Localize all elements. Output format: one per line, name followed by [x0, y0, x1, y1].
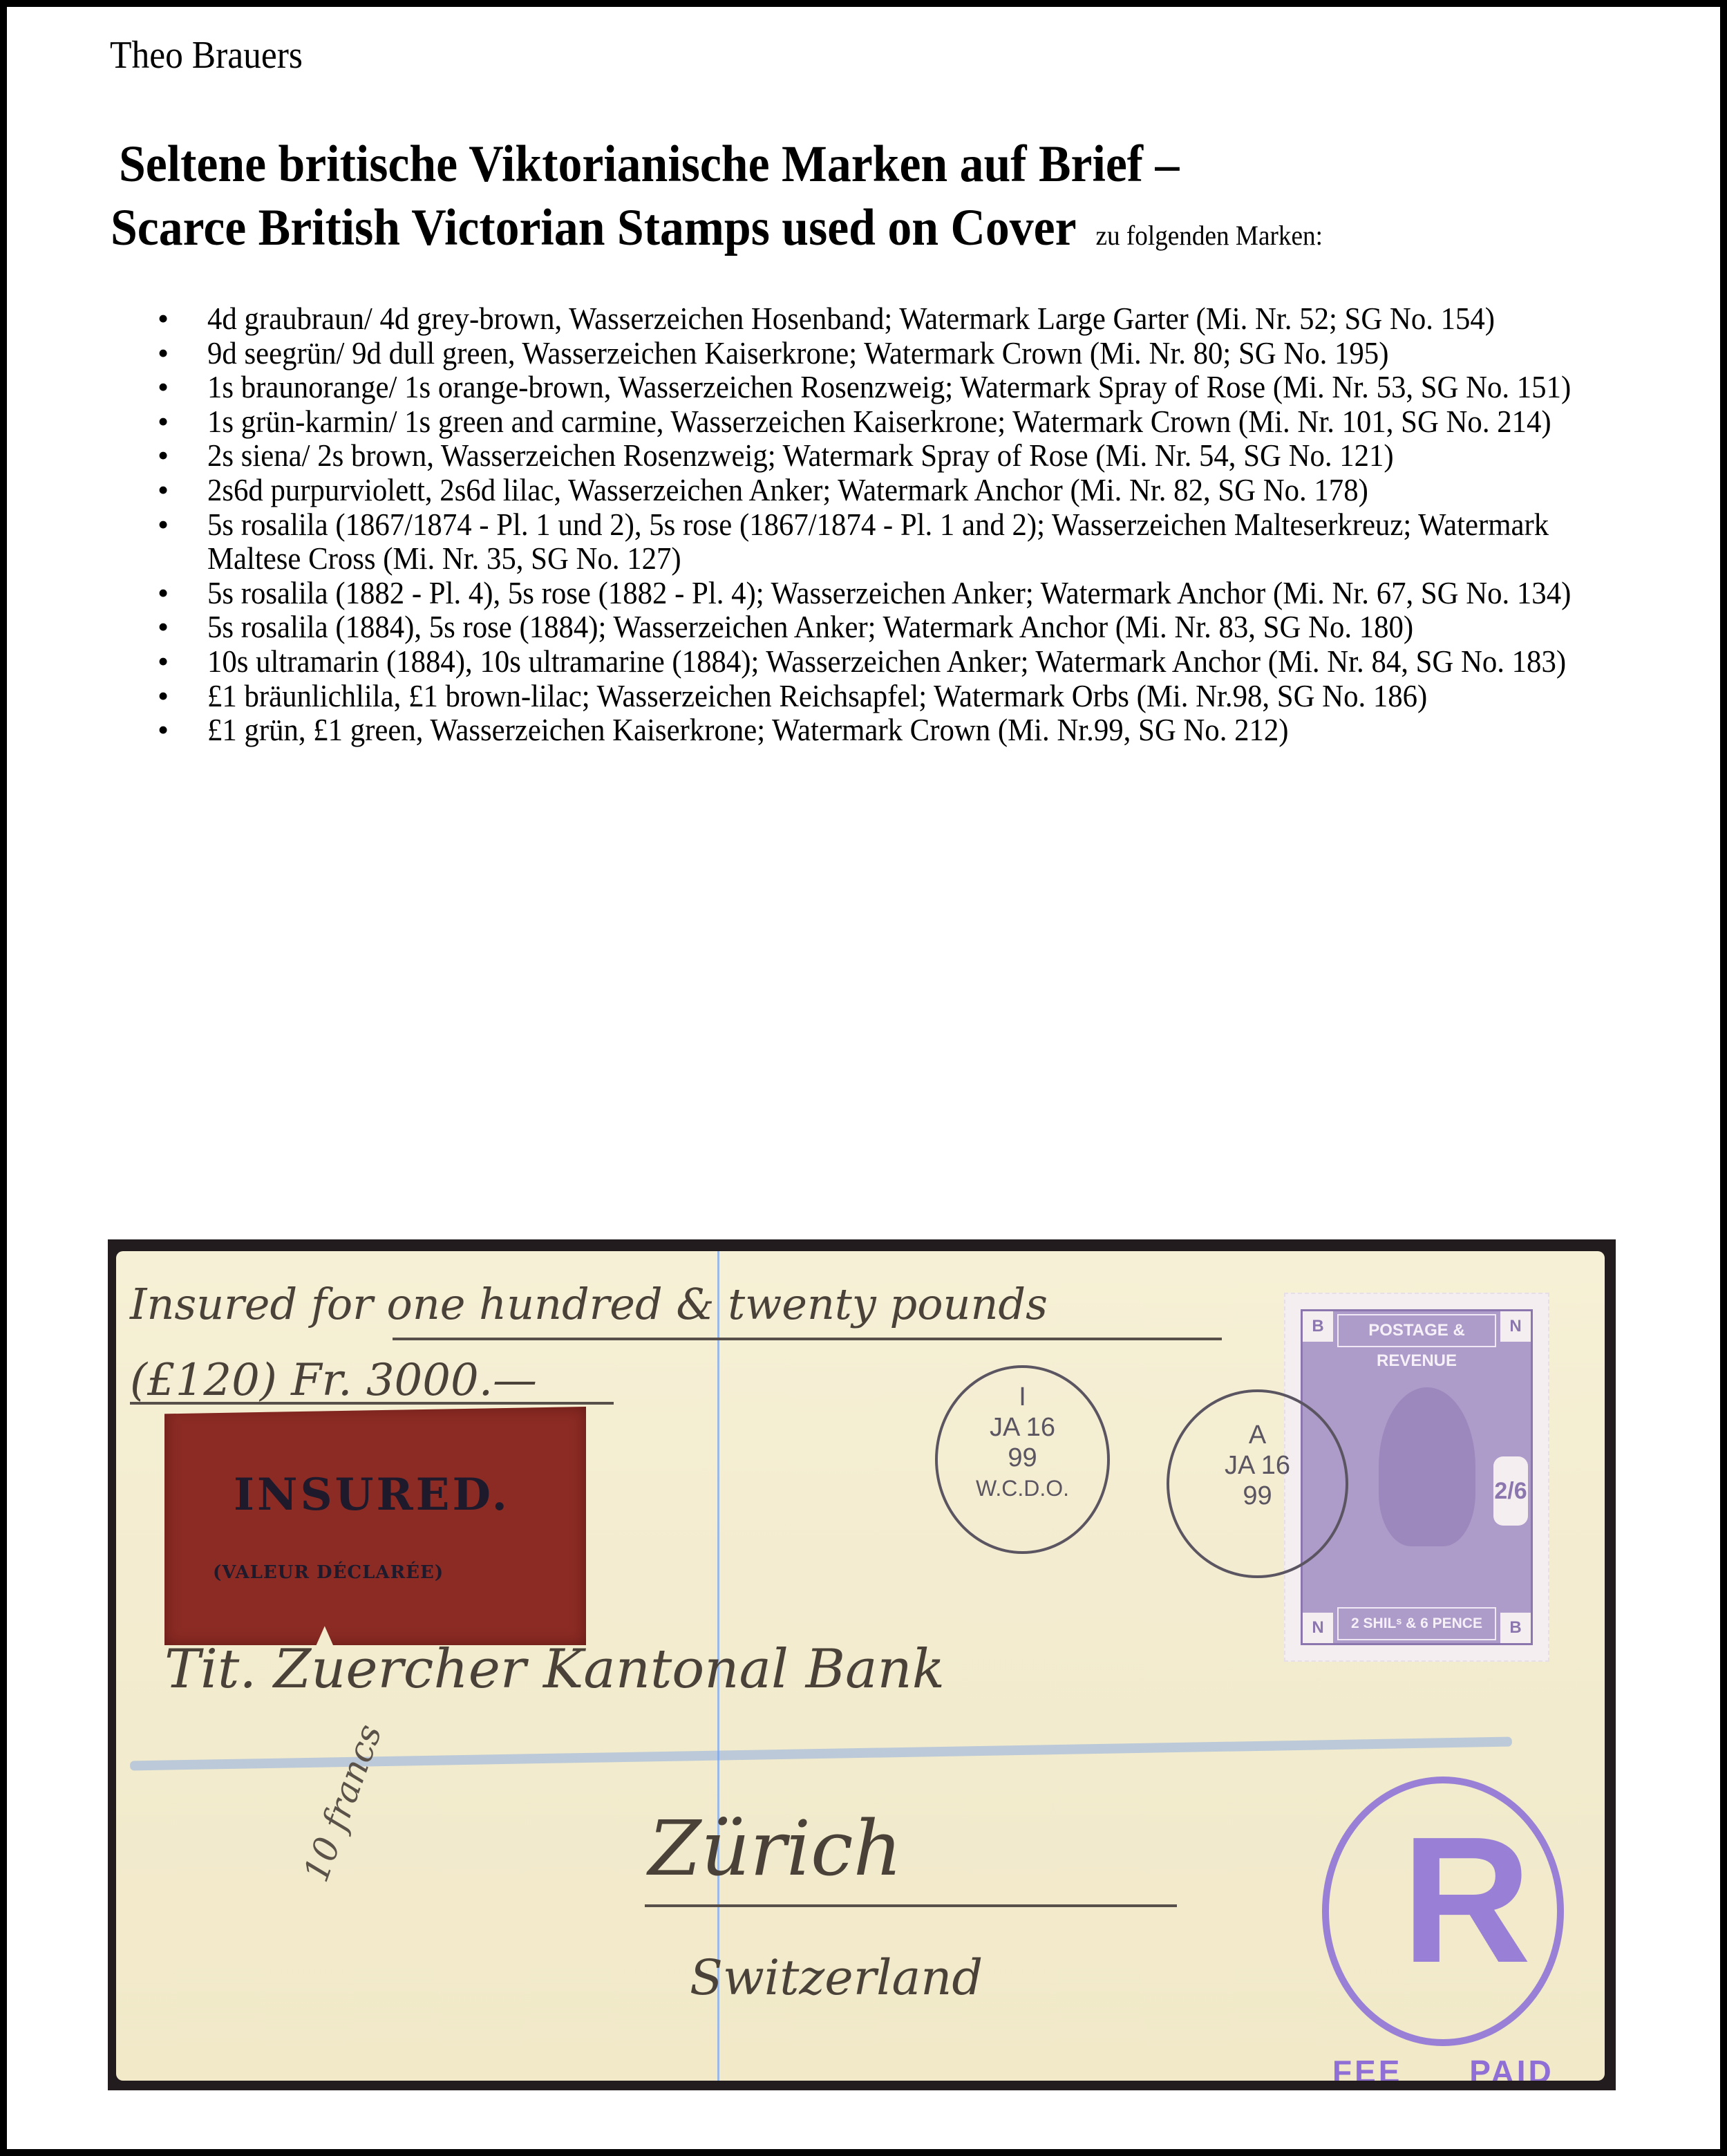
stamp-list-item: 5s rosalila (1884), 5s rose (1884); Wass… — [152, 610, 1638, 644]
stamp-list-item-text: 5s rosalila (1867/1874 - Pl. 1 und 2), 5… — [207, 507, 1621, 576]
registration-letter: R — [1402, 1797, 1531, 2004]
postmark-line: A — [1169, 1420, 1346, 1450]
stamp-list-item: 4d graubraun/ 4d grey-brown, Wasserzeich… — [152, 301, 1638, 336]
stamp-corner-letter: N — [1303, 1613, 1333, 1643]
stamp-list-item-text: 1s braunorange/ 1s orange-brown, Wasserz… — [207, 370, 1621, 404]
underline — [393, 1338, 1222, 1340]
handwritten-country: Switzerland — [690, 1949, 983, 2006]
handwritten-note: 10 francs — [296, 1719, 390, 1887]
stamp-list-item: 9d seegrün/ 9d dull green, Wasserzeichen… — [152, 336, 1638, 371]
stamp-list-item: 5s rosalila (1882 - Pl. 4), 5s rose (188… — [152, 576, 1638, 610]
postmark-registered: I JA 16 99 W.C.D.O. — [935, 1365, 1110, 1554]
stamp-corner-letter: B — [1303, 1311, 1333, 1342]
stamp-top-text: POSTAGE & REVENUE — [1337, 1314, 1496, 1347]
handwritten-city: Zürich — [648, 1804, 903, 1893]
stamp-bottom-text: 2 SHILˢ & 6 PENCE — [1337, 1607, 1496, 1640]
author-name: Theo Brauers — [110, 36, 303, 75]
title-suffix: zu folgenden Marken: — [1095, 220, 1322, 251]
handwritten-amount: (£120) Fr. 3000.— — [130, 1355, 537, 1406]
cover-photo: Insured for one hundred & twenty pounds … — [116, 1251, 1605, 2081]
fee-paid-mark: FEE PAID — [1332, 2053, 1554, 2081]
postmark-date: JA 16 — [1169, 1450, 1346, 1481]
handwritten-addressee: Tit. Zuercher Kantonal Bank — [164, 1638, 945, 1700]
page-title-english-text: Scarce British Victorian Stamps used on … — [111, 199, 1077, 256]
stamp-list-item: 1s grün-karmin/ 1s green and carmine, Wa… — [152, 404, 1638, 439]
stamp-corner-letter: B — [1500, 1613, 1531, 1643]
handwritten-insured-line: Insured for one hundred & twenty pounds — [130, 1279, 1048, 1329]
stamp-list-item: £1 bräunlichlila, £1 brown-lilac; Wasser… — [152, 679, 1638, 713]
stamp-list-item: £1 grün, £1 green, Wasserzeichen Kaiserk… — [152, 713, 1638, 747]
stamp-list-item: 2s siena/ 2s brown, Wasserzeichen Rosenz… — [152, 438, 1638, 473]
underline — [645, 1904, 1177, 1907]
stamp-corner-letter: N — [1500, 1311, 1531, 1342]
insured-label-title: INSURED. — [234, 1469, 510, 1521]
stamp-value: 2/6 — [1493, 1456, 1528, 1526]
postmark-year: 99 — [938, 1443, 1107, 1473]
stamp-list-item-text: £1 grün, £1 green, Wasserzeichen Kaiserk… — [207, 713, 1621, 747]
stamp-list-item-text: 1s grün-karmin/ 1s green and carmine, Wa… — [207, 404, 1621, 439]
stamp-list-item-text: 5s rosalila (1882 - Pl. 4), 5s rose (188… — [207, 576, 1621, 610]
stamp-list-item: 1s braunorange/ 1s orange-brown, Wasserz… — [152, 370, 1638, 404]
stamp-list-item-text: 10s ultramarin (1884), 10s ultramarine (… — [207, 644, 1621, 679]
stamp-list-item: 5s rosalila (1867/1874 - Pl. 1 und 2), 5… — [152, 507, 1638, 576]
stamp-list-item-text: 2s siena/ 2s brown, Wasserzeichen Rosenz… — [207, 438, 1621, 473]
stamp-list-item: 10s ultramarin (1884), 10s ultramarine (… — [152, 644, 1638, 679]
stamp-list-item-text: 2s6d purpurviolett, 2s6d lilac, Wasserze… — [207, 473, 1621, 507]
queen-victoria-portrait — [1379, 1387, 1475, 1546]
postmark-year: 99 — [1169, 1481, 1346, 1511]
postmark-office: W.C.D.O. — [938, 1473, 1107, 1503]
stamp-list: 4d graubraun/ 4d grey-brown, Wasserzeich… — [152, 301, 1638, 747]
postmark-date: JA 16 — [938, 1412, 1107, 1443]
page-title-english: Scarce British Victorian Stamps used on … — [111, 202, 1323, 254]
stamp-list-item: 2s6d purpurviolett, 2s6d lilac, Wasserze… — [152, 473, 1638, 507]
stamp-list-item-text: 9d seegrün/ 9d dull green, Wasserzeichen… — [207, 336, 1621, 371]
postmark-district-office: A JA 16 99 — [1167, 1389, 1348, 1578]
stamp-list-item-text: 5s rosalila (1884), 5s rose (1884); Wass… — [207, 610, 1621, 644]
underline — [130, 1402, 614, 1405]
stamp-list-item-text: £1 bräunlichlila, £1 brown-lilac; Wasser… — [207, 679, 1621, 713]
page-title-german: Seltene britische Viktorianische Marken … — [119, 138, 1179, 190]
stamp-list-item-text: 4d graubraun/ 4d grey-brown, Wasserzeich… — [207, 301, 1621, 336]
insured-label-subtitle: (VALEUR DÉCLARÉE) — [213, 1562, 444, 1583]
postmark-line: I — [938, 1382, 1107, 1412]
insured-label: INSURED. (VALEUR DÉCLARÉE) — [164, 1407, 586, 1645]
